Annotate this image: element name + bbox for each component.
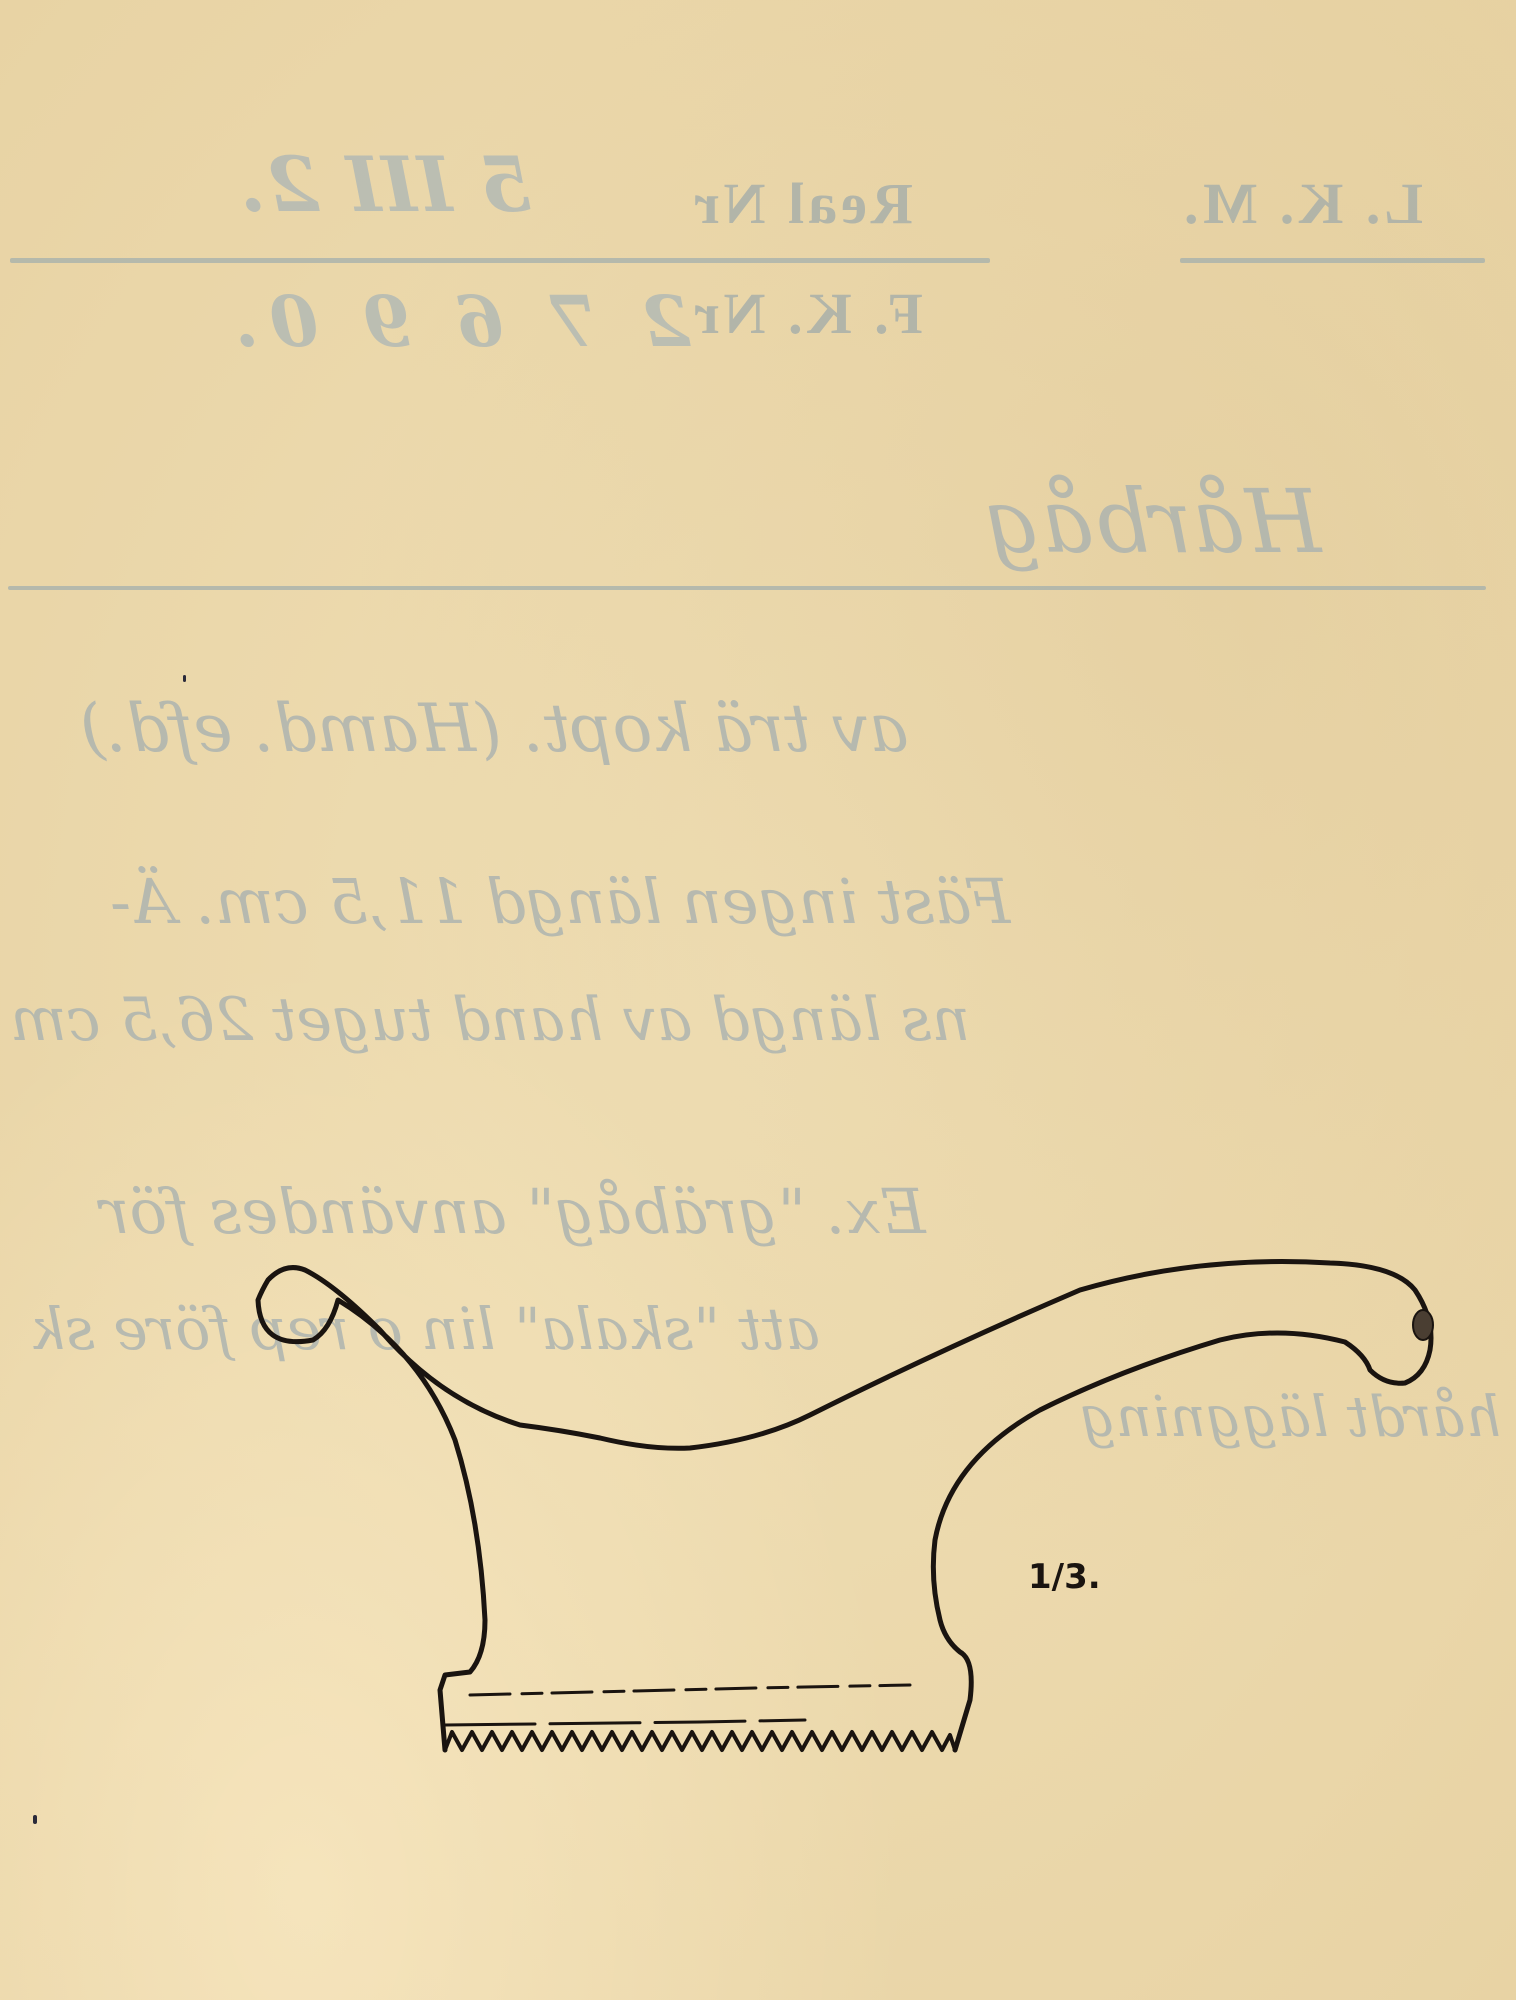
archive-card: L. K. M. Real Nr 5 III 2. F. K. Nr 2 7 6… (0, 0, 1516, 2000)
ink-speck (183, 675, 186, 682)
ink-speck (33, 1815, 37, 1824)
saw-teeth (445, 1732, 955, 1750)
tool-outline (258, 1262, 1431, 1750)
tool-drawing (0, 0, 1516, 2000)
scale-label: 1/3. (1028, 1560, 1101, 1594)
rivet-dot (1413, 1310, 1433, 1340)
blade-dash-bottom (445, 1720, 805, 1725)
blade-dash-top (470, 1685, 910, 1695)
